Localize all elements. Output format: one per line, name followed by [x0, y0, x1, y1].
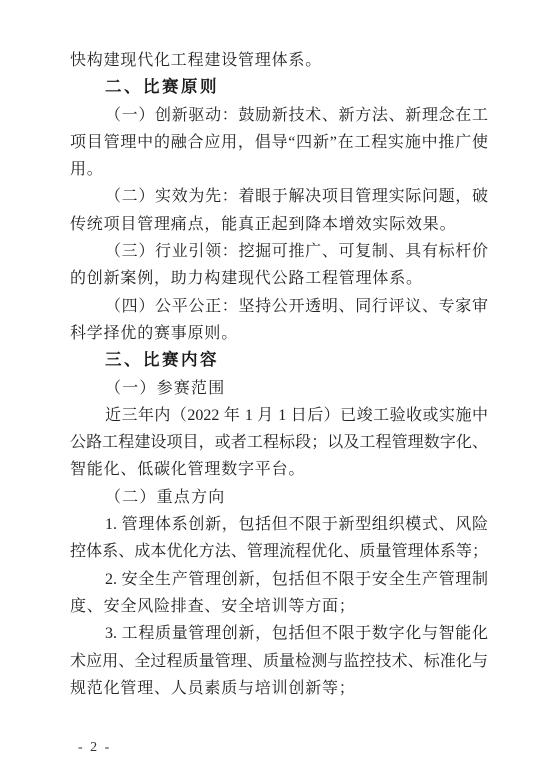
- text-line: （一）创新驱动：鼓励新技术、新方法、新理念在工程: [70, 102, 488, 129]
- text-line: （二）实效为先：着眼于解决项目管理实际问题，破解: [70, 183, 488, 210]
- text-line: 项目管理中的融合应用，倡导“四新”在工程实施中推广使: [70, 129, 488, 156]
- subsection-heading: （二）重点方向: [70, 484, 488, 511]
- text-line: 2. 安全生产管理创新，包括但不限于安全生产管理制: [70, 566, 488, 593]
- text-line: 传统项目管理痛点，能真正起到降本增效实际效果。: [70, 211, 488, 238]
- text-line: 控体系、成本优化方法、管理流程优化、质量管理体系等；: [70, 538, 488, 565]
- text-line: 智能化、低碳化管理数字平台。: [70, 456, 488, 483]
- text-line: 1. 管理体系创新，包括但不限于新型组织模式、风险管: [70, 511, 488, 538]
- text-line: （三）行业引领：挖掘可推广、可复制、具有标杆价值: [70, 238, 488, 265]
- section-heading: 三、比赛内容: [70, 347, 488, 374]
- text-line: 术应用、全过程质量管理、质量检测与监控技术、标准化与: [70, 648, 488, 675]
- text-line: 公路工程建设项目，或者工程标段；以及工程管理数字化、: [70, 429, 488, 456]
- text-line: 3. 工程质量管理创新，包括但不限于数字化与智能化技: [70, 620, 488, 647]
- text-line: （四）公平公正：坚持公开透明、同行评议、专家审查、: [70, 293, 488, 320]
- subsection-heading: （一）参赛范围: [70, 375, 488, 402]
- text-line: 科学择优的赛事原则。: [70, 320, 488, 347]
- document-page: 快构建现代化工程建设管理体系。二、比赛原则（一）创新驱动：鼓励新技术、新方法、新…: [0, 0, 553, 779]
- section-heading: 二、比赛原则: [70, 74, 488, 101]
- text-line: 近三年内（2022 年 1 月 1 日后）已竣工验收或实施中的: [70, 402, 488, 429]
- text-line: 的创新案例，助力构建现代公路工程管理体系。: [70, 265, 488, 292]
- page-number: - 2 -: [78, 740, 111, 756]
- text-line: 用。: [70, 156, 488, 183]
- text-line: 快构建现代化工程建设管理体系。: [70, 47, 488, 74]
- text-line: 度、安全风险排查、安全培训等方面；: [70, 593, 488, 620]
- text-line: 规范化管理、人员素质与培训创新等；: [70, 675, 488, 702]
- document-body: 快构建现代化工程建设管理体系。二、比赛原则（一）创新驱动：鼓励新技术、新方法、新…: [70, 47, 488, 702]
